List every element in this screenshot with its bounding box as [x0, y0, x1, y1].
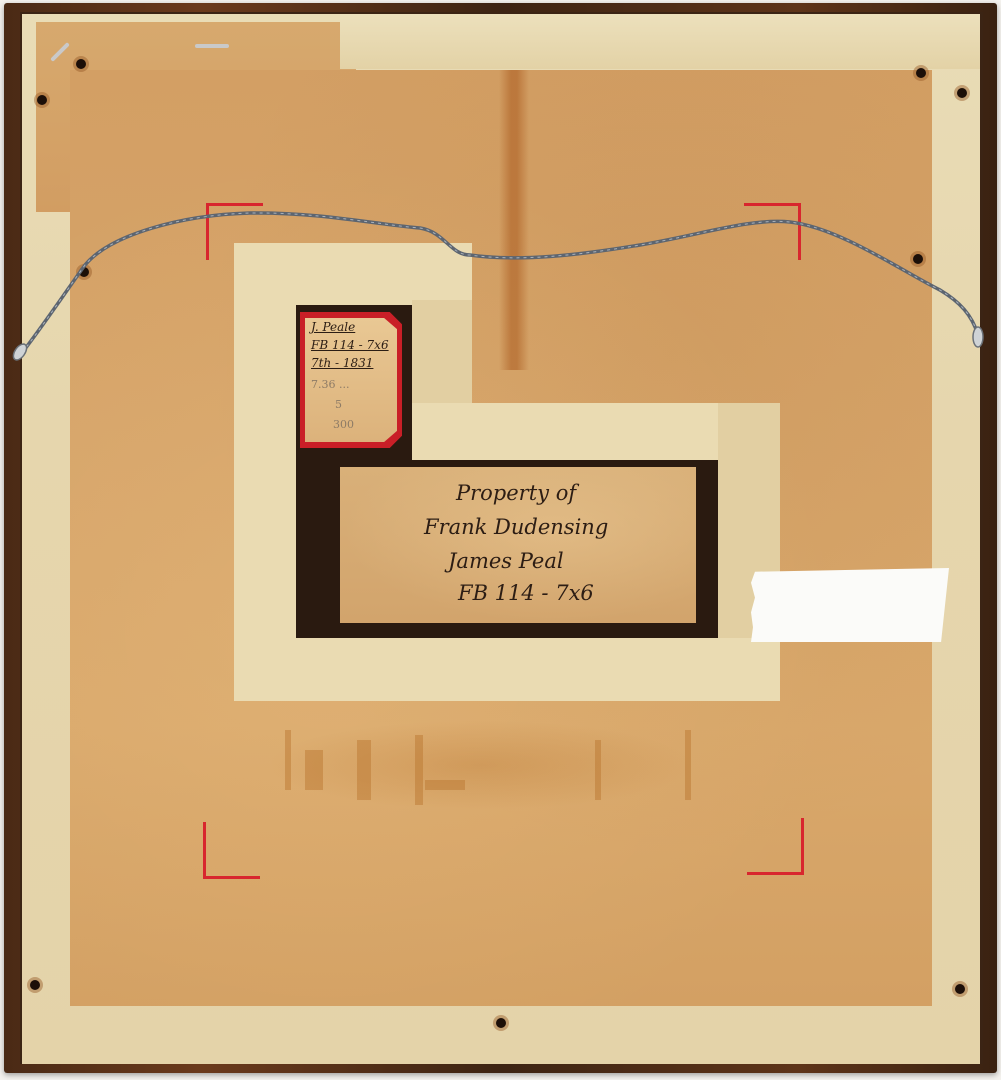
screw-eye-right-icon	[973, 327, 983, 347]
hanging-wire	[0, 0, 1001, 1080]
